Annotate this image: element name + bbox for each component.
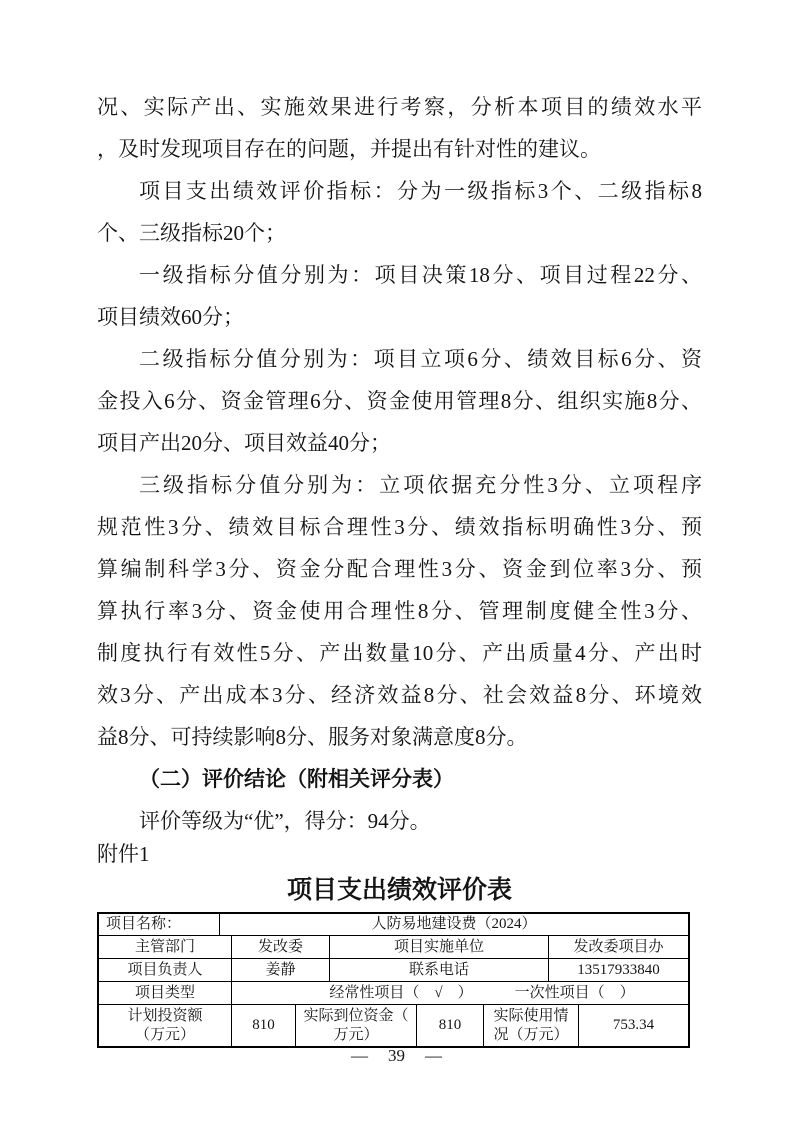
- project-name-label: 项目名称：: [99, 914, 220, 935]
- actual-usage-label: 实际使用情 况（万元）: [484, 1005, 579, 1046]
- text-line: 三级指标分值分别为：立项依据充分性3分、立项程序: [97, 464, 702, 506]
- planned-investment-value: 810: [232, 1005, 296, 1046]
- table-row-leader: 项目负责人 姜静 联系电话 13517933840: [99, 959, 688, 982]
- project-type-options: 经常性项目（ √ ） 一次性项目（ ）: [232, 982, 688, 1004]
- text-line: 效3分、产出成本3分、经济效益8分、社会效益8分、环境效: [97, 674, 702, 716]
- project-type-label: 项目类型: [99, 982, 232, 1004]
- text-line: 益8分、可持续影响8分、服务对象满意度8分。: [97, 716, 702, 758]
- document-page: 况、实际产出、实施效果进行考察，分析本项目的绩效水平，及时发现项目存在的问题，并…: [0, 0, 793, 1122]
- actual-funds-received-value: 810: [417, 1005, 484, 1046]
- document-body: 况、实际产出、实施效果进行考察，分析本项目的绩效水平，及时发现项目存在的问题，并…: [97, 86, 702, 842]
- recurrent-project-option: 经常性项目（ √ ）: [329, 984, 472, 1003]
- actual-funds-received-label: 实际到位资金（ 万元）: [296, 1005, 417, 1046]
- text-line: 项目绩效60分；: [97, 296, 702, 338]
- contact-phone-value: 13517933840: [549, 959, 688, 981]
- text-line: 况、实际产出、实施效果进行考察，分析本项目的绩效水平: [97, 86, 702, 128]
- table-row-department: 主管部门 发改委 项目实施单位 发改委项目办: [99, 936, 688, 959]
- project-leader-value: 姜静: [232, 959, 330, 981]
- table-row-project-name: 项目名称： 人防易地建设费（2024）: [99, 914, 688, 936]
- implementing-unit-label: 项目实施单位: [330, 936, 549, 958]
- one-time-project-option: 一次性项目（ ）: [515, 984, 635, 1003]
- evaluation-table: 项目名称： 人防易地建设费（2024） 主管部门 发改委 项目实施单位 发改委项…: [97, 912, 690, 1048]
- text-line: 二级指标分值分别为：项目立项6分、绩效目标6分、资: [97, 338, 702, 380]
- supervisor-dept-value: 发改委: [232, 936, 330, 958]
- text-line: ，及时发现项目存在的问题，并提出有针对性的建议。: [97, 128, 702, 170]
- text-line: 制度执行有效性5分、产出数量10分、产出质量4分、产出时: [97, 632, 702, 674]
- text-line: 个、三级指标20个；: [97, 212, 702, 254]
- implementing-unit-value: 发改委项目办: [549, 936, 688, 958]
- table-row-project-type: 项目类型 经常性项目（ √ ） 一次性项目（ ）: [99, 982, 688, 1005]
- text-line: 一级指标分值分别为：项目决策18分、项目过程22分、: [97, 254, 702, 296]
- actual-usage-value: 753.34: [579, 1005, 688, 1046]
- attachment-section: 附件1 项目支出绩效评价表 项目名称： 人防易地建设费（2024） 主管部门 发…: [97, 842, 702, 1048]
- project-leader-label: 项目负责人: [99, 959, 232, 981]
- text-line: 项目支出绩效评价指标：分为一级指标3个、二级指标8: [97, 170, 702, 212]
- attachment-label: 附件1: [97, 842, 702, 866]
- text-line: 项目产出20分、项目效益40分；: [97, 422, 702, 464]
- text-line: 金投入6分、资金管理6分、资金使用管理8分、组织实施8分、: [97, 380, 702, 422]
- page-footer: — 39 —: [0, 1046, 793, 1066]
- supervisor-dept-label: 主管部门: [99, 936, 232, 958]
- text-line: 评价等级为“优”，得分：94分。: [97, 800, 702, 842]
- text-line: 算编制科学3分、资金分配合理性3分、资金到位率3分、预: [97, 548, 702, 590]
- text-line: 规范性3分、绩效目标合理性3分、绩效指标明确性3分、预: [97, 506, 702, 548]
- table-row-investment: 计划投资额 （万元） 810 实际到位资金（ 万元） 810 实际使用情 况（万…: [99, 1005, 688, 1046]
- planned-investment-label: 计划投资额 （万元）: [99, 1005, 232, 1046]
- text-line: （二）评价结论（附相关评分表）: [97, 758, 702, 800]
- project-name-value: 人防易地建设费（2024）: [220, 914, 688, 935]
- contact-phone-label: 联系电话: [330, 959, 549, 981]
- page-number: 39: [388, 1046, 405, 1066]
- text-line: 算执行率3分、资金使用合理性8分、管理制度健全性3分、: [97, 590, 702, 632]
- table-title: 项目支出绩效评价表: [97, 874, 702, 908]
- footer-dash-right: —: [425, 1046, 442, 1066]
- footer-dash-left: —: [351, 1046, 368, 1066]
